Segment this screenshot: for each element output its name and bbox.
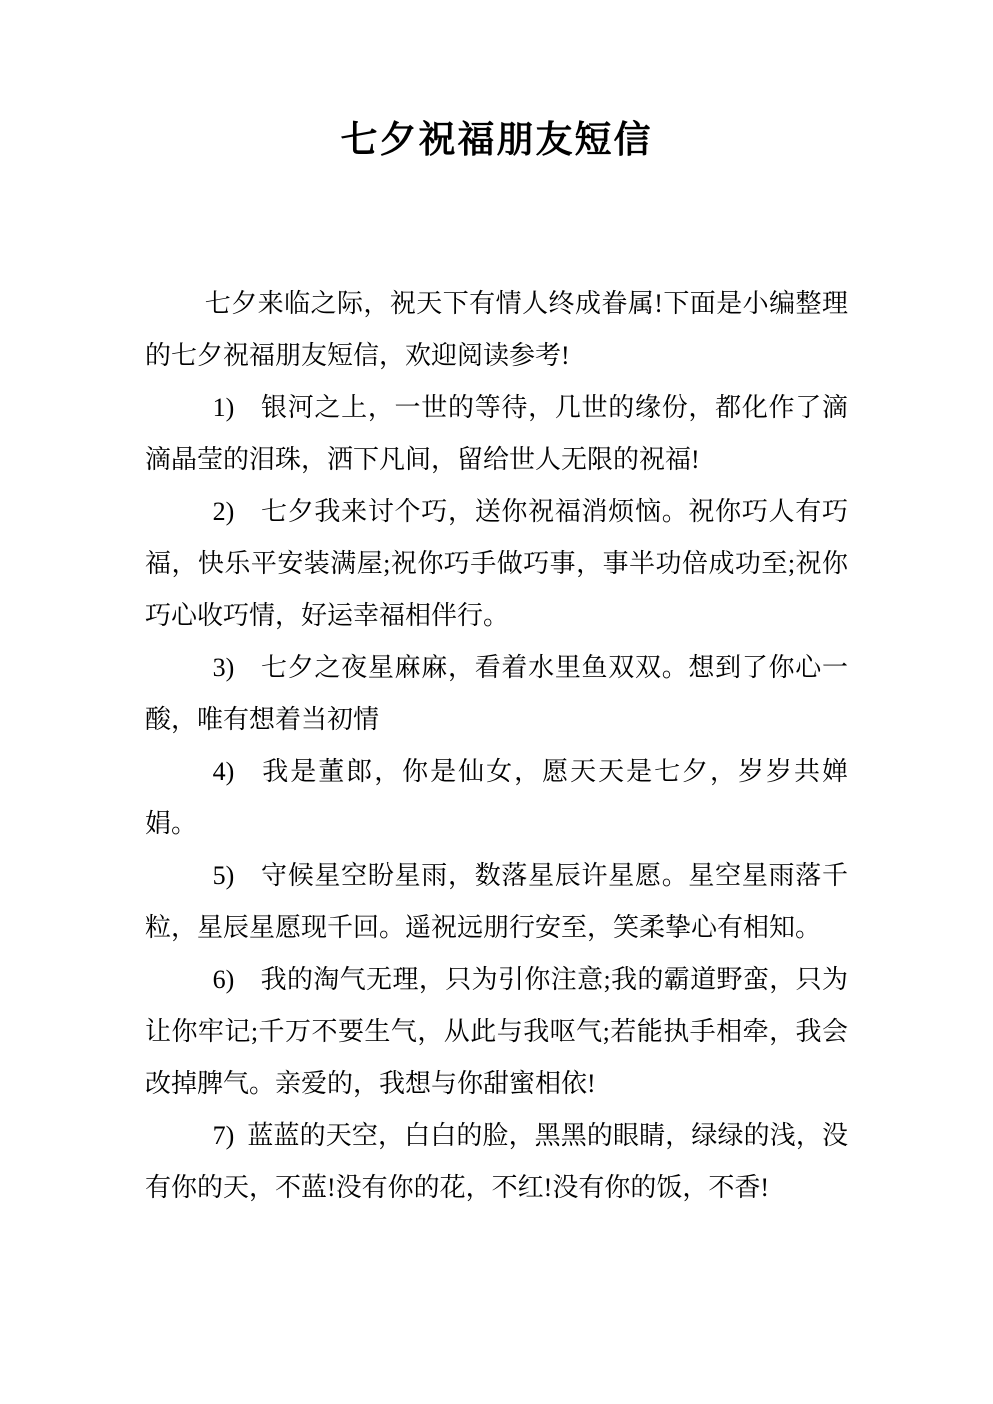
item-number: 3): [213, 653, 235, 682]
document-title: 七夕祝福朋友短信: [0, 0, 993, 168]
item-text: 七夕之夜星麻麻，看着水里鱼双双。想到了你心一酸，唯有想着当初情: [145, 653, 848, 734]
item-number: 7): [213, 1121, 235, 1150]
item-number: 6): [213, 965, 235, 994]
item-text: 我是董郎，你是仙女，愿天天是七夕，岁岁共婵娟。: [145, 757, 848, 838]
intro-paragraph: 七夕来临之际，祝天下有情人终成眷属!下面是小编整理的七夕祝福朋友短信，欢迎阅读参…: [145, 278, 848, 382]
item-text: 守候星空盼星雨，数落星辰许星愿。星空星雨落千粒，星辰星愿现千回。遥祝远朋行安至，…: [145, 861, 848, 942]
item-number: 5): [213, 861, 235, 890]
item-text: 蓝蓝的天空，白白的脸，黑黑的眼睛，绿绿的浅，没有你的天，不蓝!没有你的花，不红!…: [145, 1121, 848, 1202]
item-number: 1): [213, 393, 235, 422]
message-item: 4)我是董郎，你是仙女，愿天天是七夕，岁岁共婵娟。: [145, 746, 848, 850]
message-item: 3)七夕之夜星麻麻，看着水里鱼双双。想到了你心一酸，唯有想着当初情: [145, 642, 848, 746]
item-text: 七夕我来讨个巧，送你祝福消烦恼。祝你巧人有巧福，快乐平安装满屋;祝你巧手做巧事，…: [145, 497, 848, 630]
item-number: 4): [213, 757, 235, 786]
message-item: 1)银河之上，一世的等待，几世的缘份，都化作了滴滴晶莹的泪珠，洒下凡间，留给世人…: [145, 382, 848, 486]
document-body: 七夕来临之际，祝天下有情人终成眷属!下面是小编整理的七夕祝福朋友短信，欢迎阅读参…: [145, 278, 848, 1214]
item-text: 银河之上，一世的等待，几世的缘份，都化作了滴滴晶莹的泪珠，洒下凡间，留给世人无限…: [145, 393, 848, 474]
message-item: 6)我的淘气无理，只为引你注意;我的霸道野蛮，只为让你牢记;千万不要生气，从此与…: [145, 954, 848, 1110]
message-item: 5)守候星空盼星雨，数落星辰许星愿。星空星雨落千粒，星辰星愿现千回。遥祝远朋行安…: [145, 850, 848, 954]
message-item: 2)七夕我来讨个巧，送你祝福消烦恼。祝你巧人有巧福，快乐平安装满屋;祝你巧手做巧…: [145, 486, 848, 642]
document-page: 七夕祝福朋友短信 七夕来临之际，祝天下有情人终成眷属!下面是小编整理的七夕祝福朋…: [0, 0, 993, 1404]
item-text: 我的淘气无理，只为引你注意;我的霸道野蛮，只为让你牢记;千万不要生气，从此与我呕…: [145, 965, 848, 1098]
message-item: 7)蓝蓝的天空，白白的脸，黑黑的眼睛，绿绿的浅，没有你的天，不蓝!没有你的花，不…: [145, 1110, 848, 1214]
item-number: 2): [213, 497, 235, 526]
